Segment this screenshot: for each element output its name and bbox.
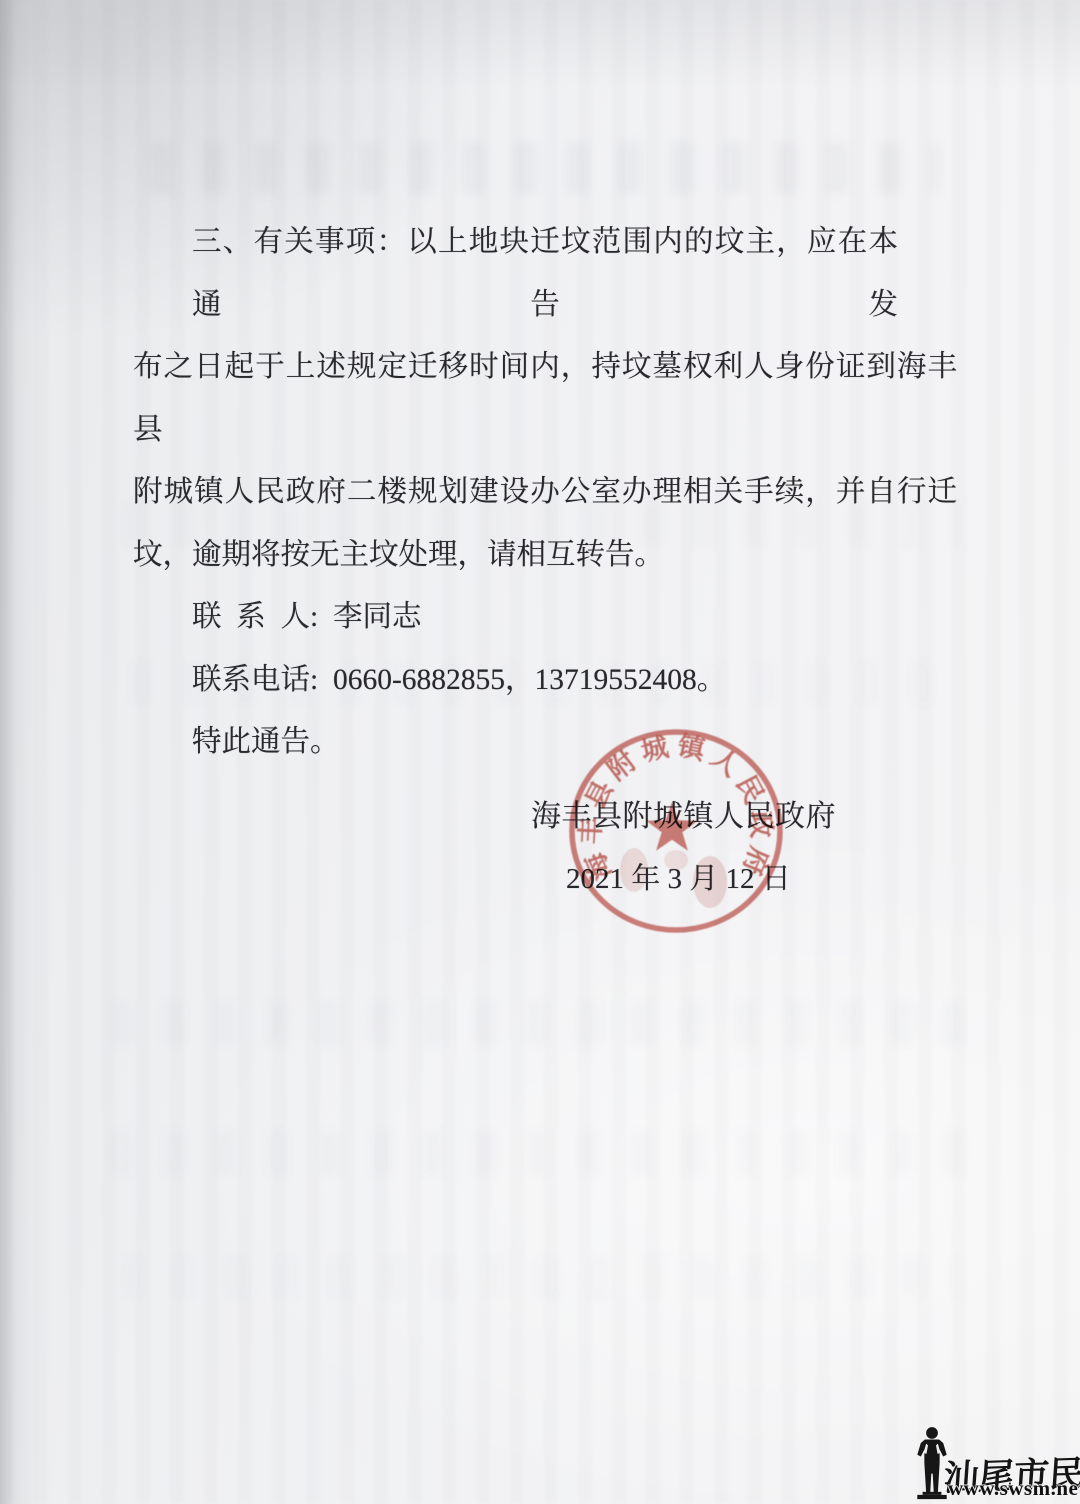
seal-smudge [693,856,727,908]
seal-smudge [664,850,688,870]
contact-person-line: 联 系 人: 李同志 [133,586,898,649]
star-icon [646,802,697,851]
official-seal: 海丰县附城镇人民政府 [558,720,794,944]
notice-body: 三、有关事项：以上地块迁坟范围内的坟主，应在本通告发 布之日起于上述规定迁移时间… [133,211,957,774]
ink-bleedthrough [120,1255,960,1299]
site-watermark: 汕尾市民网 www.swsm.net [908,1424,1080,1502]
ink-bleedthrough [110,1000,970,1046]
ink-bleedthrough [110,1130,970,1176]
scanned-notice-page: 三、有关事项：以上地块迁坟范围内的坟主，应在本通告发 布之日起于上述规定迁移时间… [0,0,1080,1504]
contact-phone-line: 联系电话: 0660-6882855，13719552408。 [133,649,898,712]
body-line-4: 坟，逾期将按无主坟处理，请相互转告。 [133,524,957,587]
body-line-3: 附城镇人民政府二楼规划建设办公室办理相关手续，并自行迁 [133,461,957,524]
body-line-1: 三、有关事项：以上地块迁坟范围内的坟主，应在本通告发 [133,211,898,336]
ink-bleedthrough [150,142,940,194]
body-line-2: 布之日起于上述规定迁移时间内，持坟墓权利人身份证到海丰县 [133,336,957,461]
seal-smudge [620,848,648,892]
watermark-site-url: www.swsm.net [948,1476,1080,1501]
